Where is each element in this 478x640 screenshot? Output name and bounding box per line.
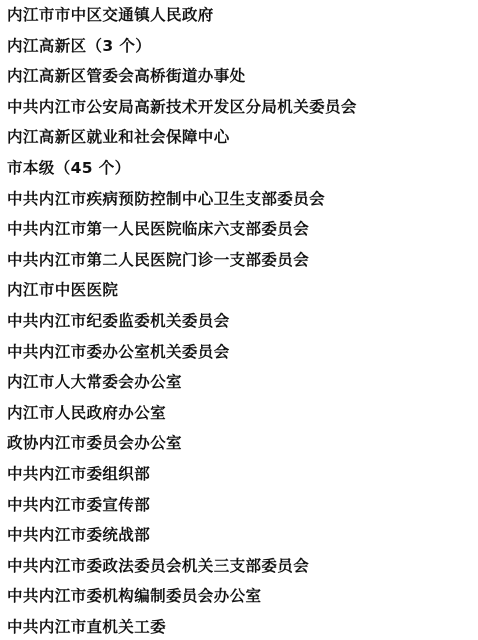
- text-line: 内江市人民政府办公室: [7, 398, 478, 429]
- text-line: 内江高新区就业和社会保障中心: [7, 122, 478, 153]
- document-body: 内江市市中区交通镇人民政府 内江高新区（3 个） 内江高新区管委会高桥街道办事处…: [7, 0, 478, 640]
- text-line: 中共内江市公安局高新技术开发区分局机关委员会: [7, 92, 478, 123]
- text-line: 中共内江市委办公室机关委员会: [7, 337, 478, 368]
- text-line: 政协内江市委员会办公室: [7, 428, 478, 459]
- text-line: 中共内江市直机关工委: [7, 612, 478, 640]
- text-line: 中共内江市委统战部: [7, 520, 478, 551]
- section-heading-gaoxin: 内江高新区（3 个）: [7, 31, 478, 62]
- text-line: 中共内江市纪委监委机关委员会: [7, 306, 478, 337]
- text-line: 中共内江市委组织部: [7, 459, 478, 490]
- text-line: 中共内江市委宣传部: [7, 490, 478, 521]
- section-heading-city-level: 市本级（45 个）: [7, 153, 478, 184]
- text-line: 中共内江市委政法委员会机关三支部委员会: [7, 551, 478, 582]
- text-line: 内江市市中区交通镇人民政府: [7, 0, 478, 31]
- text-line: 内江市人大常委会办公室: [7, 367, 478, 398]
- text-line: 中共内江市委机构编制委员会办公室: [7, 581, 478, 612]
- text-line: 内江高新区管委会高桥街道办事处: [7, 61, 478, 92]
- text-line: 中共内江市第二人民医院门诊一支部委员会: [7, 245, 478, 276]
- text-line: 中共内江市第一人民医院临床六支部委员会: [7, 214, 478, 245]
- text-line: 中共内江市疾病预防控制中心卫生支部委员会: [7, 184, 478, 215]
- text-line: 内江市中医医院: [7, 275, 478, 306]
